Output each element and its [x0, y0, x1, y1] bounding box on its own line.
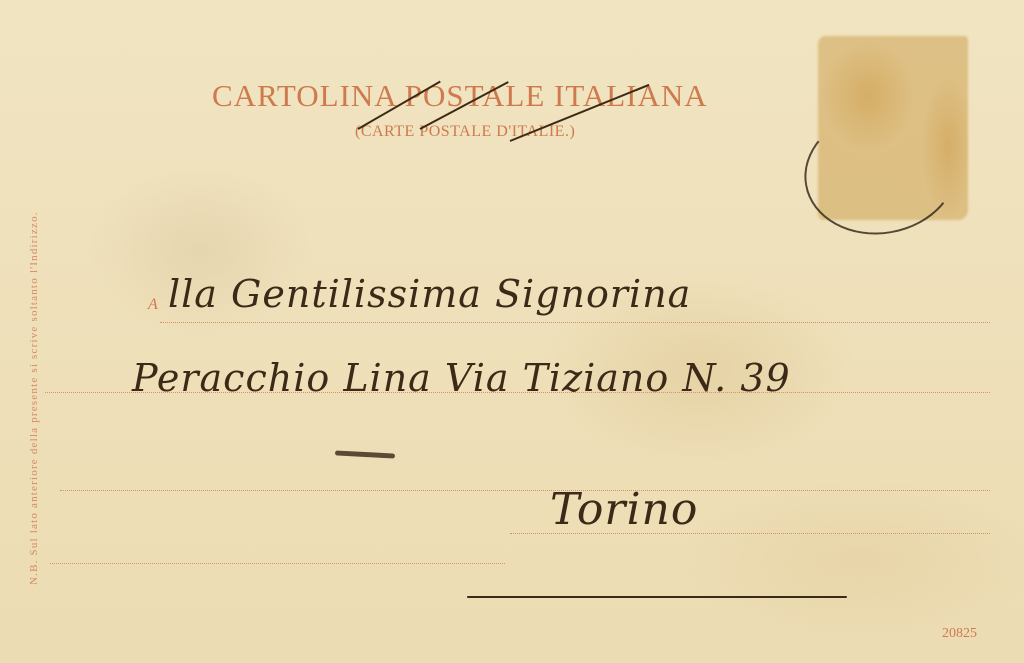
address-name-street: Peracchio Lina Via Tiziano N. 39: [132, 356, 791, 400]
address-line-1: [160, 322, 990, 323]
address-city: Torino: [550, 484, 698, 535]
address-prefix: A: [148, 296, 158, 314]
postcard: CARTOLINA POSTALE ITALIANA (CARTE POSTAL…: [0, 0, 1024, 663]
postcard-title: CARTOLINA POSTALE ITALIANA: [212, 78, 822, 114]
side-note: N.B. Sul lato anteriore della presente s…: [28, 211, 40, 585]
address-line-3: [60, 490, 990, 491]
address-line-5: [50, 563, 505, 564]
ink-dash-mark: [335, 450, 395, 458]
city-underline: [467, 596, 847, 598]
serial-number: 20825: [942, 626, 977, 642]
address-salutation: lla Gentilissima Signorina: [168, 272, 691, 316]
